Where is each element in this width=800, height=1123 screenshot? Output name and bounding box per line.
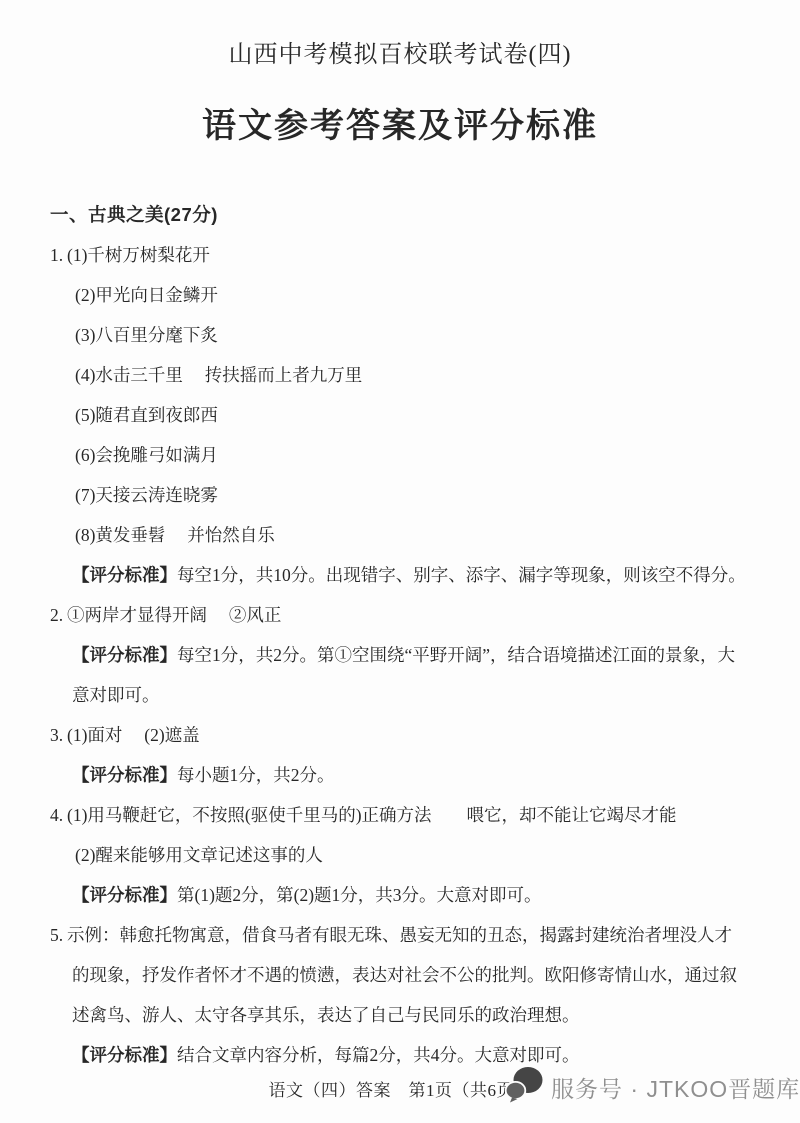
q1-answer-line-4: (4)水击三千里 抟扶摇而上者九万里 [0, 355, 800, 395]
q3-scoring-standard: 【评分标准】每小题1分，共2分。 [0, 755, 800, 795]
q1-answer-line-5: (5)随君直到夜郎西 [0, 395, 800, 435]
q4-scoring-standard-label: 【评分标准】 [72, 885, 177, 905]
q4-number: 4. [50, 795, 67, 835]
q3-number: 3. [50, 715, 67, 755]
q1-answer-line-7: (7)天接云涛连晓雾 [0, 475, 800, 515]
exam-series-title: 山西中考模拟百校联考试卷(四) [0, 0, 800, 70]
q5-answer-line-1: 5.示例：韩愈托物寓意，借食马者有眼无珠、愚妄无知的丑态，揭露封建统治者埋没人才 [0, 915, 800, 955]
document-page: 山西中考模拟百校联考试卷(四) 语文参考答案及评分标准 一、古典之美(27分) … [0, 0, 800, 1123]
watermark-text: 服务号 · JTKOO晋题库 [551, 1071, 800, 1104]
q2-scoring-standard: 【评分标准】每空1分，共2分。第①空围绕“平野开阔”，结合语境描述江面的景象，大 [0, 635, 800, 675]
q5-scoring-standard-text: 结合文章内容分析，每篇2分，共4分。大意对即可。 [177, 1045, 580, 1065]
q2-scoring-standard-wrap: 意对即可。 [0, 675, 800, 715]
q2-answer: ①两岸才显得开阔 ②风正 [67, 605, 281, 625]
q3-answer: (1)面对 (2)遮盖 [67, 725, 200, 745]
q4-scoring-standard-text: 第(1)题2分，第(2)题1分，共3分。大意对即可。 [177, 885, 542, 905]
q3-scoring-standard-text: 每小题1分，共2分。 [177, 765, 335, 785]
q4-scoring-standard: 【评分标准】第(1)题2分，第(2)题1分，共3分。大意对即可。 [0, 875, 800, 915]
q1-answer-line-2: (2)甲光向日金鳞开 [0, 275, 800, 315]
q3-answer-line: 3.(1)面对 (2)遮盖 [0, 715, 800, 755]
q4-answer-line-1: 4.(1)用马鞭赶它，不按照(驱使千里马的)正确方法 喂它，却不能让它竭尽才能 [0, 795, 800, 835]
q1-answer-line-8: (8)黄发垂髫 并怡然自乐 [0, 515, 800, 555]
q5-number: 5. [50, 915, 67, 955]
wechat-chat-bubbles-icon [505, 1066, 543, 1108]
q5-scoring-standard-label: 【评分标准】 [72, 1045, 177, 1065]
q4-answer-1: (1)用马鞭赶它，不按照(驱使千里马的)正确方法 喂它，却不能让它竭尽才能 [67, 805, 677, 825]
q2-scoring-standard-text: 每空1分，共2分。第①空围绕“平野开阔”，结合语境描述江面的景象，大 [177, 645, 735, 665]
answer-key-title: 语文参考答案及评分标准 [0, 104, 800, 148]
q2-scoring-standard-label: 【评分标准】 [72, 645, 177, 665]
q2-answer-line: 2.①两岸才显得开阔 ②风正 [0, 595, 800, 635]
q4-answer-line-2: (2)醒来能够用文章记述这事的人 [0, 835, 800, 875]
q5-answer-1: 示例：韩愈托物寓意，借食马者有眼无珠、愚妄无知的丑态，揭露封建统治者埋没人才 [67, 925, 732, 945]
q1-scoring-standard-label: 【评分标准】 [72, 565, 177, 585]
q1-scoring-standard: 【评分标准】每空1分，共10分。出现错字、别字、添字、漏字等现象，则该空不得分。 [0, 555, 800, 595]
q5-answer-line-3: 述禽鸟、游人、太守各享其乐，表达了自己与民同乐的政治理想。 [0, 995, 800, 1035]
page-footer: 语文（四）答案 第1页（共6页） 服务号 · JTKOO晋题库 [0, 1075, 800, 1123]
q1-answer-line-3: (3)八百里分麾下炙 [0, 315, 800, 355]
section-1-heading: 一、古典之美(27分) [50, 195, 800, 235]
q1-scoring-standard-text: 每空1分，共10分。出现错字、别字、添字、漏字等现象，则该空不得分。 [177, 565, 746, 585]
q1-number: 1. [50, 235, 67, 275]
q1-answer-line-6: (6)会挽雕弓如满月 [0, 435, 800, 475]
q2-number: 2. [50, 595, 67, 635]
q5-answer-line-2: 的现象，抒发作者怀才不遇的愤懑，表达对社会不公的批判。欧阳修寄情山水，通过叙 [0, 955, 800, 995]
watermark: 服务号 · JTKOO晋题库 [505, 1067, 800, 1107]
q1-answer-line-1: 1.(1)千树万树梨花开 [0, 235, 800, 275]
q3-scoring-standard-label: 【评分标准】 [72, 765, 177, 785]
q1-answer-1: (1)千树万树梨花开 [67, 245, 210, 265]
